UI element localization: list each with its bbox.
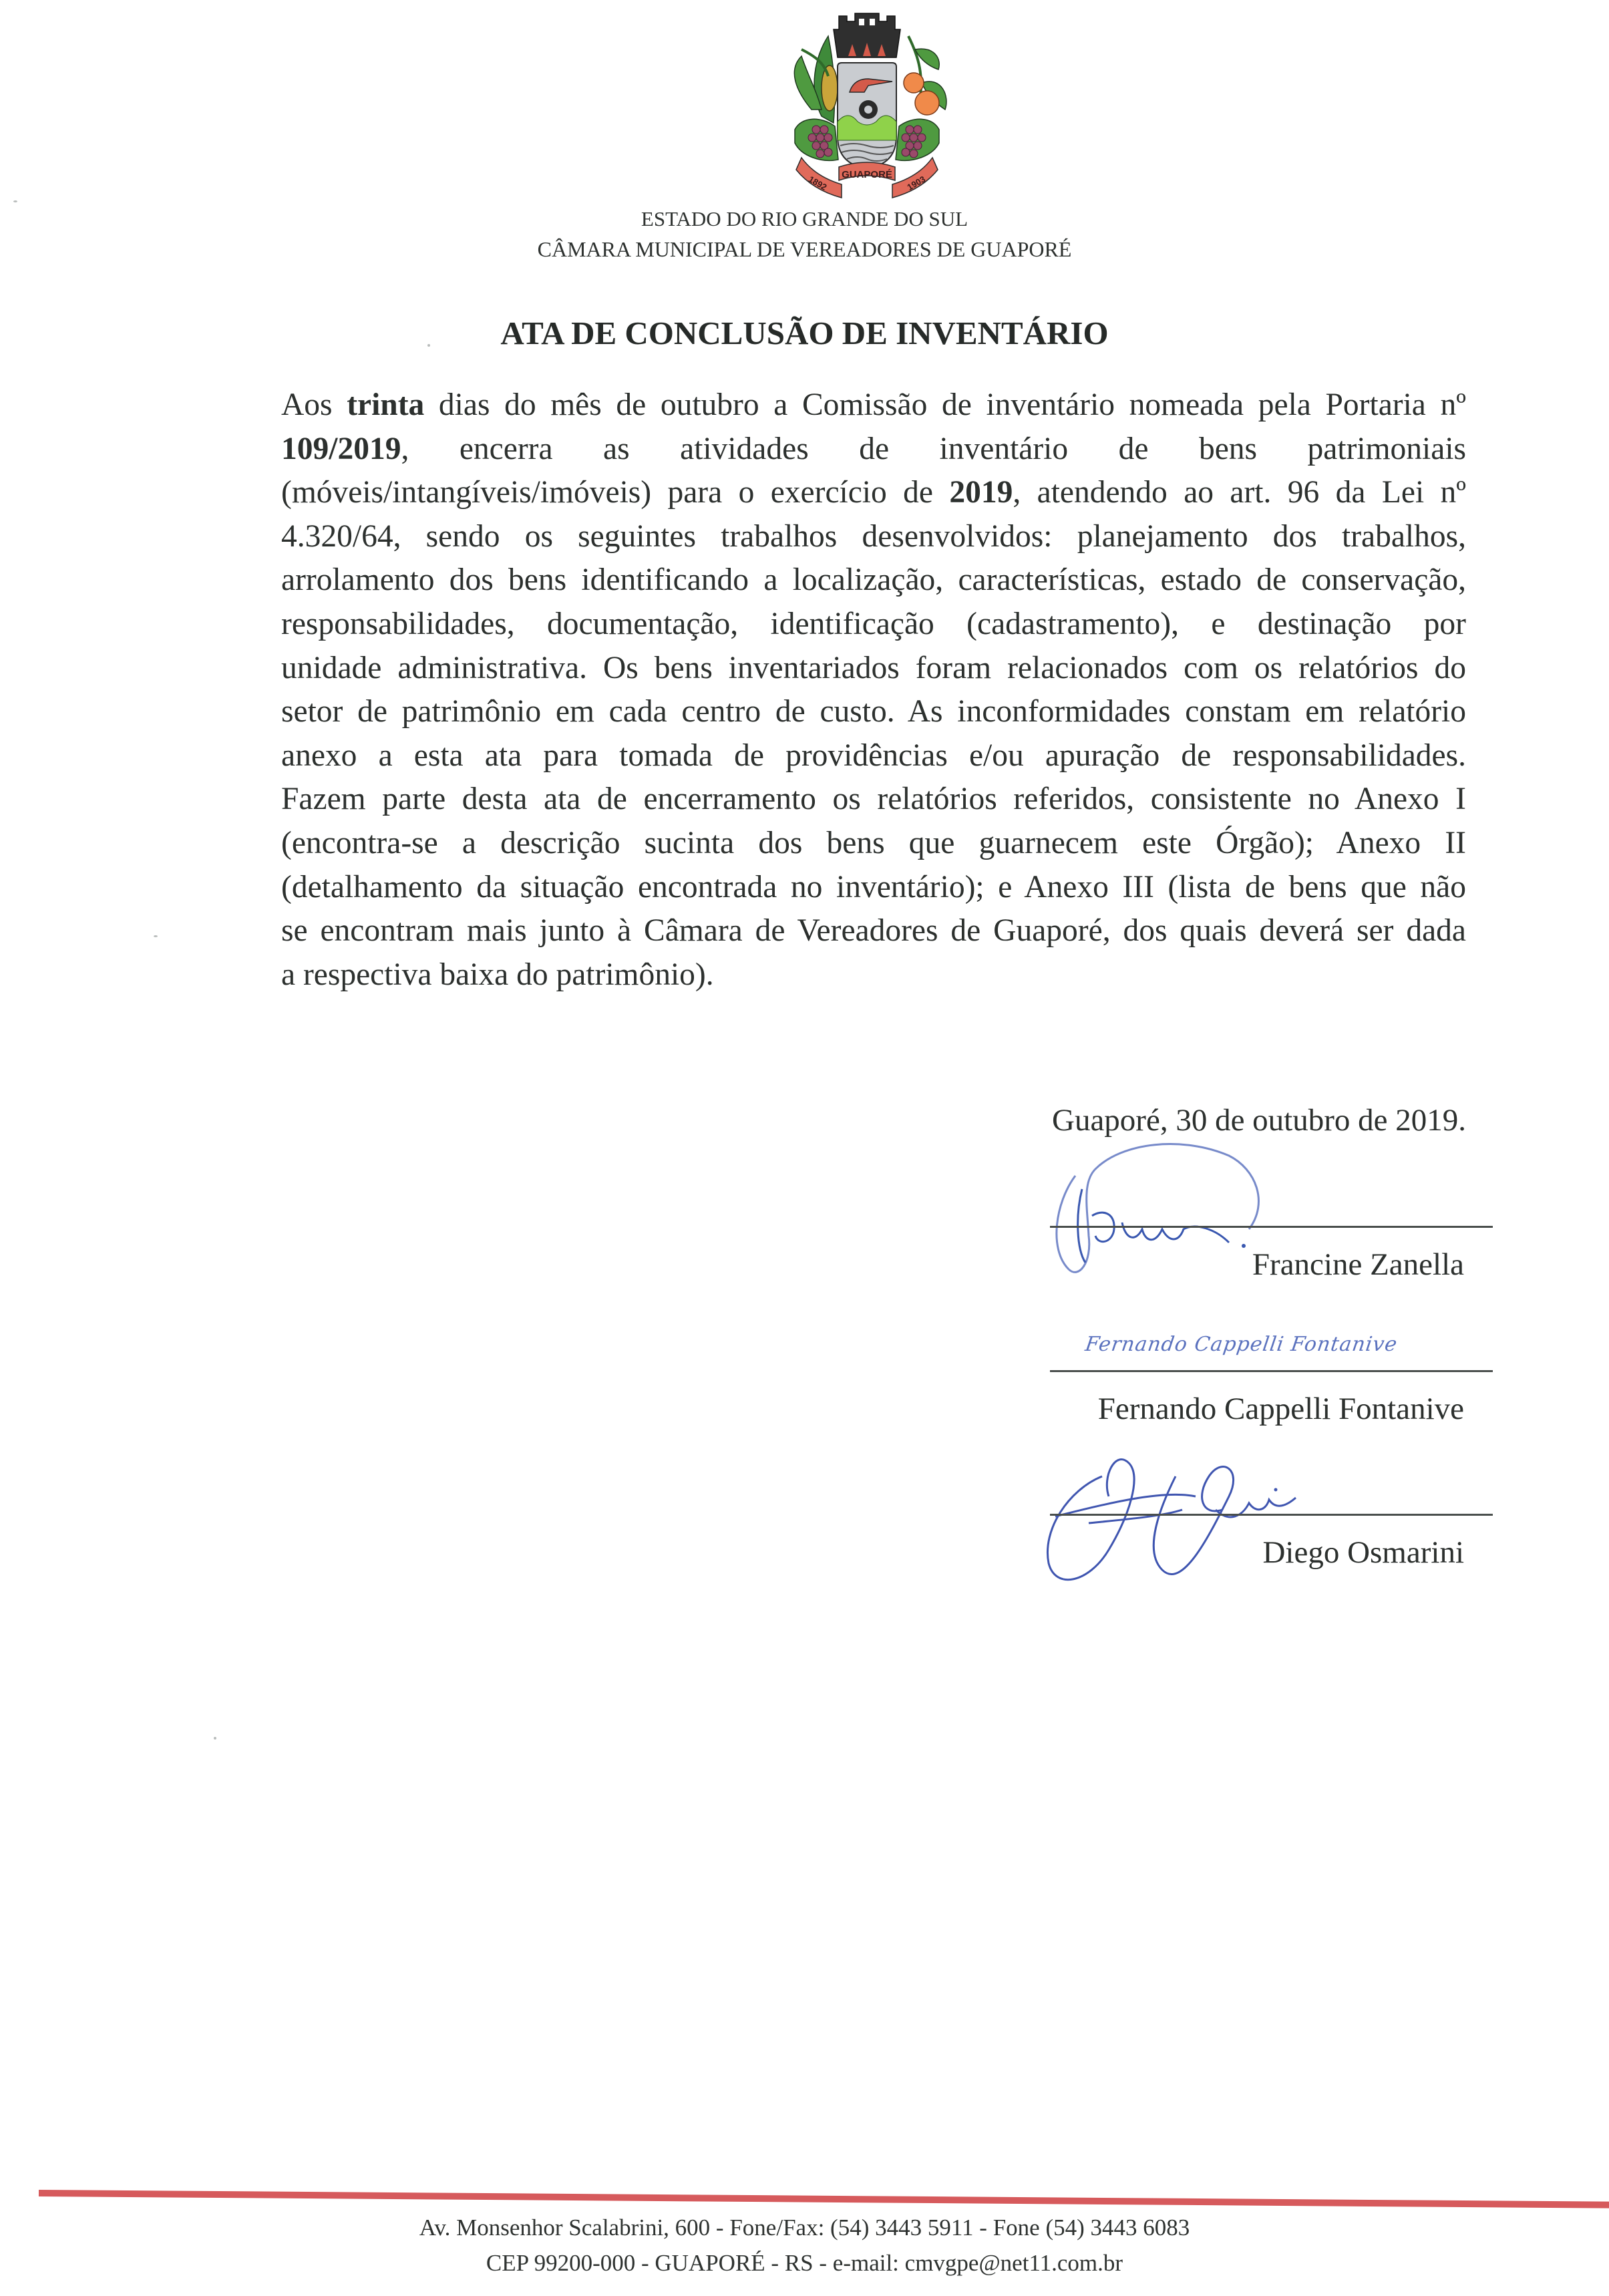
text-run: 4.320/64, sendo os seguintes trabalhos d… bbox=[281, 519, 1466, 554]
text-run: , atendendo ao art. 96 da Lei nº bbox=[1013, 475, 1466, 510]
signature-line bbox=[1050, 1226, 1493, 1228]
text-run: , encerra as atividades de inventário de… bbox=[401, 432, 1466, 466]
document-title: ATA DE CONCLUSÃO DE INVENTÁRIO bbox=[0, 314, 1609, 352]
orange-branch-icon bbox=[904, 36, 946, 115]
text-run: setor de patrimônio em cada centro de cu… bbox=[281, 694, 1466, 729]
scan-speck bbox=[154, 935, 158, 937]
body-line: (detalhamento da situação encontrada no … bbox=[281, 866, 1466, 910]
text-run: responsabilidades, documentação, identif… bbox=[281, 607, 1466, 641]
text-run: se encontram mais junto à Câmara de Vere… bbox=[281, 913, 1466, 948]
body-line: (encontra-se a descrição sucinta dos ben… bbox=[281, 822, 1466, 866]
text-run: arrolamento dos bens identificando a loc… bbox=[281, 562, 1466, 597]
scan-speck bbox=[427, 344, 430, 347]
footer-address: Av. Monsenhor Scalabrini, 600 - Fone/Fax… bbox=[0, 2215, 1609, 2241]
body-line: a respectiva baixa do patrimônio). bbox=[281, 953, 1466, 997]
body-line: setor de patrimônio em cada centro de cu… bbox=[281, 690, 1466, 734]
bold-text: 2019 bbox=[949, 475, 1013, 510]
mural-crown-icon bbox=[834, 13, 900, 57]
body-line: responsabilidades, documentação, identif… bbox=[281, 603, 1466, 647]
header-state-name: ESTADO DO RIO GRANDE DO SUL bbox=[0, 207, 1609, 231]
scan-speck bbox=[214, 1737, 216, 1740]
body-paragraph: Aos trinta dias do mês de outubro a Comi… bbox=[281, 383, 1466, 997]
body-line: se encontram mais junto à Câmara de Vere… bbox=[281, 909, 1466, 953]
signature-diego bbox=[1029, 1436, 1496, 1597]
body-line: anexo a esta ata para tomada de providên… bbox=[281, 734, 1466, 778]
signature-line bbox=[1050, 1514, 1493, 1516]
text-run: unidade administrativa. Os bens inventar… bbox=[281, 651, 1466, 685]
signatory-name: Fernando Cappelli Fontanive bbox=[1098, 1391, 1464, 1427]
signatory-name: Diego Osmarini bbox=[1262, 1534, 1464, 1571]
signature-line bbox=[1050, 1370, 1493, 1372]
bold-text: 109/2019 bbox=[281, 432, 401, 466]
body-line: 4.320/64, sendo os seguintes trabalhos d… bbox=[281, 515, 1466, 559]
header-institution-name: CÂMARA MUNICIPAL DE VEREADORES DE GUAPOR… bbox=[0, 237, 1609, 262]
footer-contact: CEP 99200-000 - GUAPORÉ - RS - e-mail: c… bbox=[0, 2250, 1609, 2277]
corn-icon bbox=[794, 36, 838, 123]
text-run: dias do mês de outubro a Comissão de inv… bbox=[424, 387, 1466, 422]
signatory-name: Francine Zanella bbox=[1252, 1247, 1464, 1283]
text-run: Aos bbox=[281, 387, 347, 422]
shield-icon bbox=[838, 63, 896, 168]
body-line: 109/2019, encerra as atividades de inven… bbox=[281, 428, 1466, 472]
text-run: Fazem parte desta ata de encerramento os… bbox=[281, 782, 1466, 816]
text-run: a respectiva baixa do patrimônio). bbox=[281, 957, 714, 992]
text-run: (detalhamento da situação encontrada no … bbox=[281, 870, 1466, 905]
text-run: anexo a esta ata para tomada de providên… bbox=[281, 738, 1466, 773]
scan-speck bbox=[13, 200, 17, 202]
coat-of-arms-emblem: GUAPORÉ 1892 1903 bbox=[775, 9, 959, 200]
svg-text:GUAPORÉ: GUAPORÉ bbox=[842, 169, 892, 180]
bold-text: trinta bbox=[347, 387, 424, 422]
body-line: Fazem parte desta ata de encerramento os… bbox=[281, 778, 1466, 822]
footer-rule bbox=[39, 2190, 1609, 2208]
body-line: Aos trinta dias do mês de outubro a Comi… bbox=[281, 383, 1466, 428]
banner-ribbon: GUAPORÉ 1892 1903 bbox=[796, 158, 938, 198]
body-line: (móveis/intangíveis/imóveis) para o exer… bbox=[281, 471, 1466, 515]
text-run: (móveis/intangíveis/imóveis) para o exer… bbox=[281, 475, 949, 510]
text-run: (encontra-se a descrição sucinta dos ben… bbox=[281, 826, 1466, 860]
body-line: arrolamento dos bens identificando a loc… bbox=[281, 558, 1466, 603]
body-line: unidade administrativa. Os bens inventar… bbox=[281, 647, 1466, 691]
signature-fernando: Fernando Cappelli Fontanive bbox=[1084, 1333, 1399, 1356]
